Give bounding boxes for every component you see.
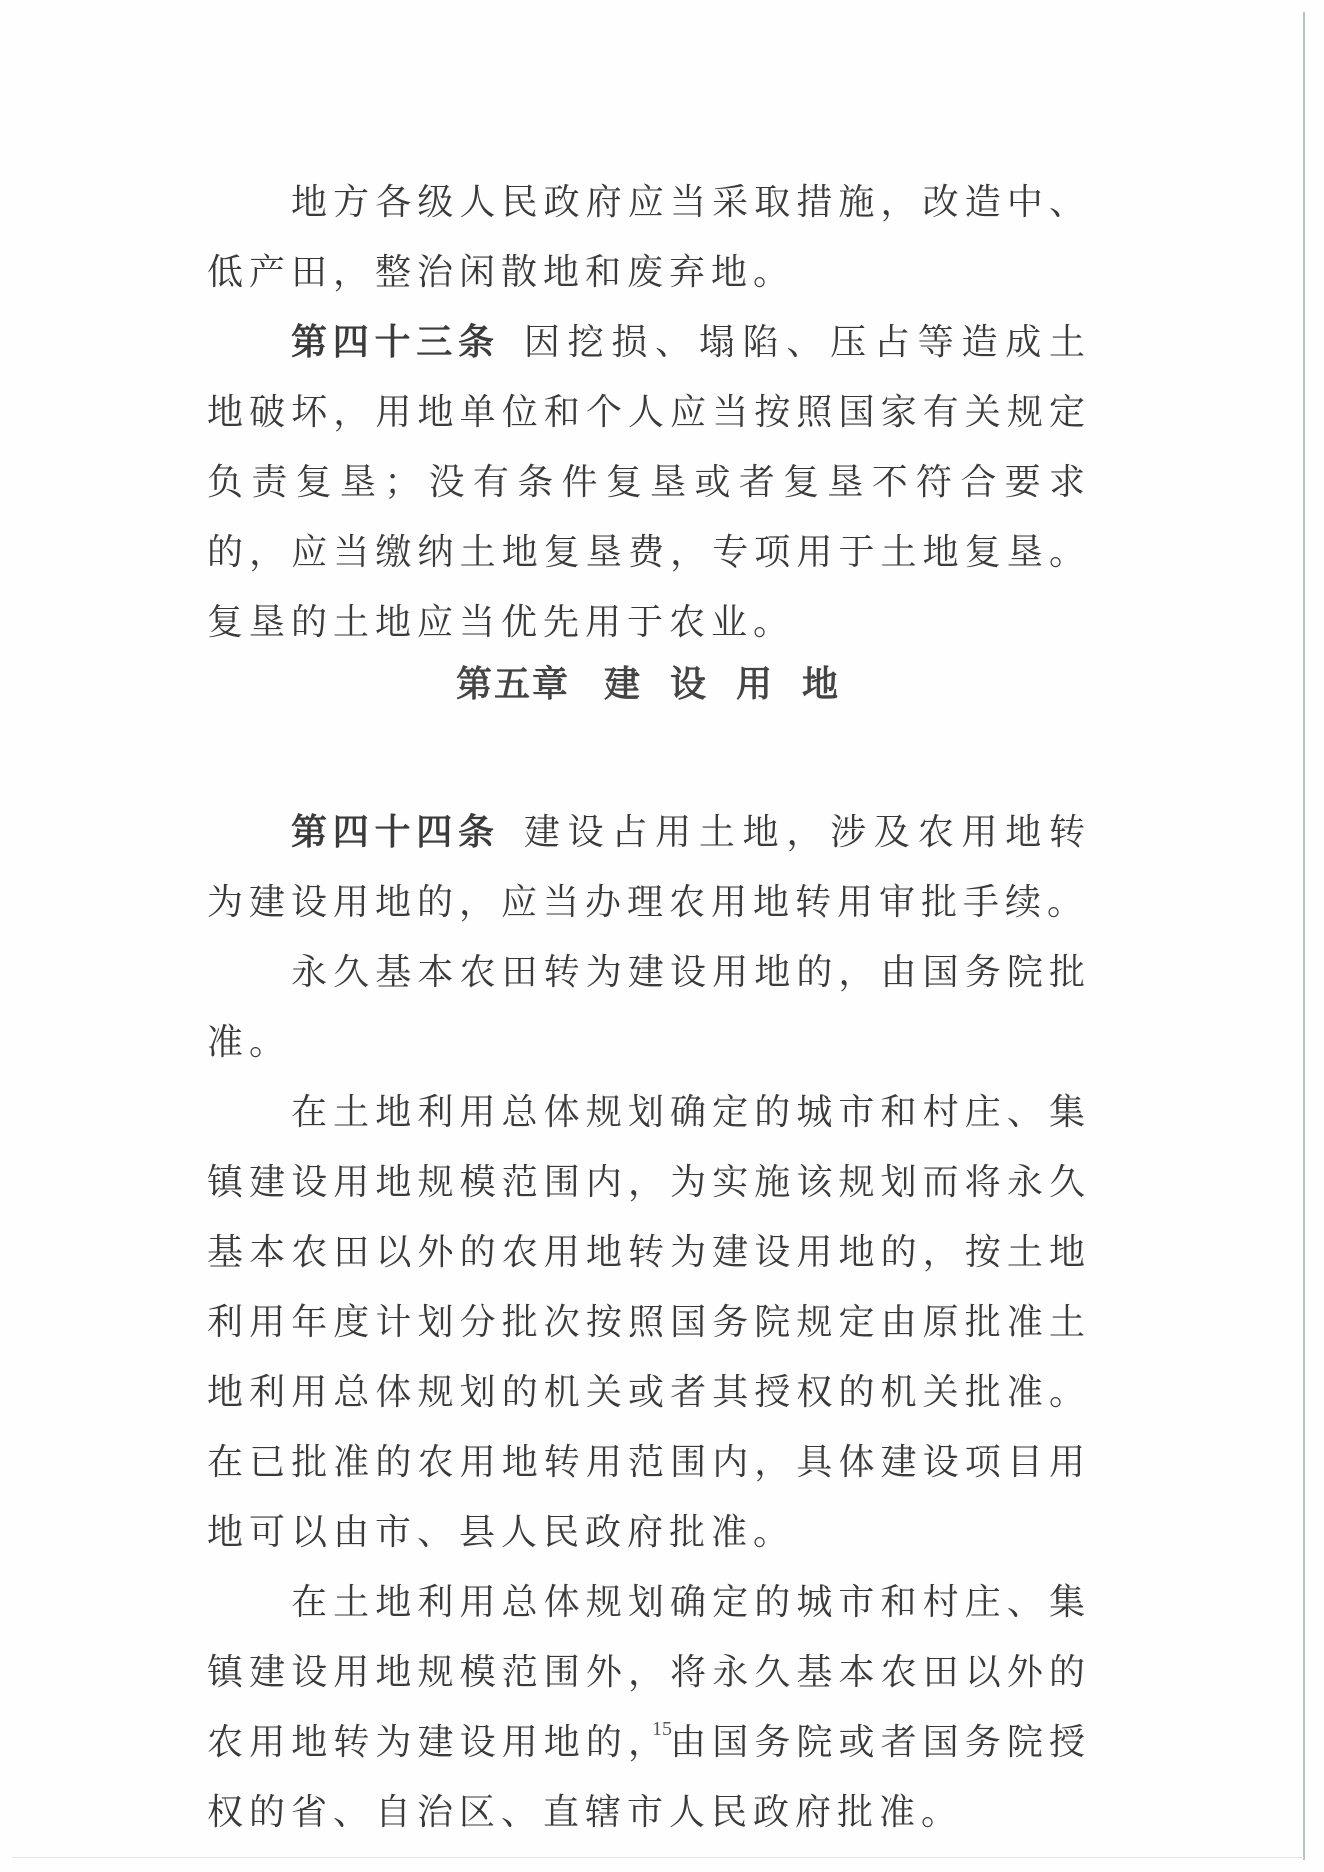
chapter-heading: 第五章建设用地	[0, 660, 1324, 710]
document-page: 地方各级人民政府应当采取措施，改造中、低产田，整治闲散地和废弃地。 第四十三条因…	[0, 0, 1324, 1872]
paragraph-text: 在土地利用总体规划确定的城市和村庄、集镇建设用地规模范围内，为实施该规划而将永久…	[207, 1092, 1091, 1553]
article-number: 第四十三条	[291, 322, 500, 363]
scan-edge-line	[12, 1857, 1304, 1858]
body-paragraph: 永久基本农田转为建设用地的，由国务院批准。	[207, 938, 1091, 1078]
continuation-paragraph: 地方各级人民政府应当采取措施，改造中、低产田，整治闲散地和废弃地。	[207, 168, 1091, 308]
paragraph-text: 地方各级人民政府应当采取措施，改造中、低产田，整治闲散地和废弃地。	[207, 182, 1091, 293]
body-paragraph: 在土地利用总体规划确定的城市和村庄、集镇建设用地规模范围外，将永久基本农田以外的…	[207, 1568, 1091, 1848]
paragraph-text: 永久基本农田转为建设用地的，由国务院批准。	[207, 952, 1091, 1063]
article-text: 因挖损、塌陷、压占等造成土地破坏，用地单位和个人应当按照国家有关规定负责复垦；没…	[207, 322, 1091, 643]
text-section-top: 地方各级人民政府应当采取措施，改造中、低产田，整治闲散地和废弃地。 第四十三条因…	[207, 168, 1091, 658]
chapter-title: 建设用地	[604, 664, 868, 705]
article-44: 第四十四条建设占用土地，涉及农用地转为建设用地的，应当办理农用地转用审批手续。	[207, 798, 1091, 938]
chapter-number: 第五章	[456, 664, 570, 705]
article-43: 第四十三条因挖损、塌陷、压占等造成土地破坏，用地单位和个人应当按照国家有关规定负…	[207, 308, 1091, 658]
article-number: 第四十四条	[291, 812, 500, 853]
scan-edge-line	[1303, 12, 1305, 1860]
page-number: 15	[0, 1718, 1324, 1741]
paragraph-text: 在土地利用总体规划确定的城市和村庄、集镇建设用地规模范围外，将永久基本农田以外的…	[207, 1582, 1091, 1833]
body-paragraph: 在土地利用总体规划确定的城市和村庄、集镇建设用地规模范围内，为实施该规划而将永久…	[207, 1078, 1091, 1568]
text-section-bottom: 第四十四条建设占用土地，涉及农用地转为建设用地的，应当办理农用地转用审批手续。 …	[207, 798, 1091, 1848]
